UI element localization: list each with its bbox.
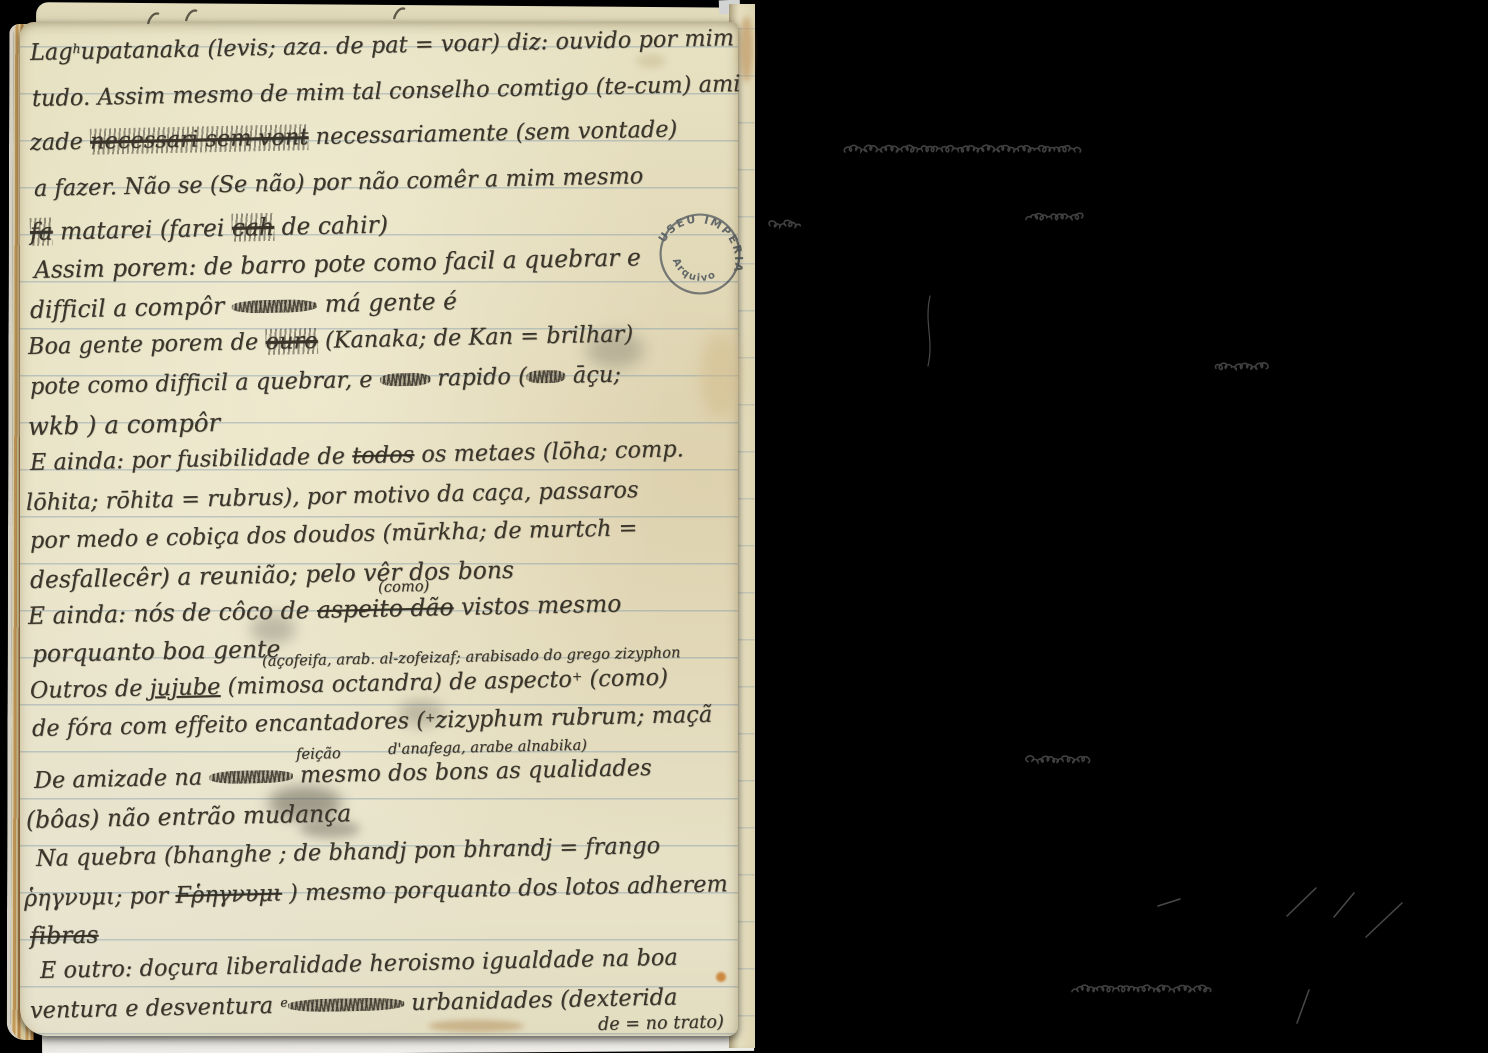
manuscript-line: (bôas) não entrão mudança: [26, 799, 352, 834]
handwritten-segment: ῥηγνυμι; por: [24, 883, 176, 912]
manuscript-line: De amizade na mesmo dos bons as qualidad…: [34, 755, 652, 794]
manuscript-line: por medo e cobiça dos doudos (mūrkha; de…: [30, 515, 638, 554]
manuscript-line: E ainda: por fusibilidade de todos os me…: [30, 436, 684, 476]
handwritten-segment: má gente é: [317, 287, 457, 318]
handwritten-segment: (mimosa octandra) de aspecto: [220, 667, 572, 700]
handwritten-segment: (como): [582, 665, 668, 693]
handwritten-segment: lōhita; rōhita = rubrus), por motivo da …: [26, 477, 639, 516]
handwritten-segment: aspeito dão: [317, 593, 454, 624]
handwritten-segment: Ϝῥηγνυμι: [175, 881, 282, 909]
handwritten-segment: zizyphum rubrum; maçã: [435, 702, 712, 734]
handwritten-segment: Lag: [30, 39, 73, 66]
handwritten-segment: āçu;: [565, 362, 621, 389]
handwritten-segment: tudo. Assim mesmo de mim tal conselho co…: [32, 71, 741, 112]
manuscript-line: wkb ) a compôr: [28, 408, 221, 441]
manuscript-line: feição: [296, 744, 341, 763]
manuscript-line: porquanto boa gente: [32, 635, 281, 668]
manuscript-line: lōhita; rōhita = rubrus), por motivo da …: [26, 477, 639, 516]
scanned-manuscript-photo: Laghupatanaka (levis; aza. de pat = voar…: [0, 0, 1488, 1053]
manuscript-line: Boa gente porem de ouro (Kanaka; de Kan …: [28, 321, 634, 360]
struck-out-scribble: [209, 770, 293, 785]
manuscript-line: ventura e desventura e urbanidades (dext…: [30, 984, 678, 1024]
handwritten-segment: necessariamente (sem vontade): [308, 116, 677, 150]
manuscript-line: Assim porem: de barro pote como facil a …: [34, 243, 642, 284]
stamp-bottom-text: Arquivo: [666, 254, 721, 291]
handwritten-segment: Boa gente porem de: [28, 329, 266, 360]
handwritten-segment: rapido (: [430, 364, 527, 392]
handwritten-segment: jujube: [149, 674, 220, 701]
manuscript-line: d'anafega, arabe alnabika): [388, 736, 587, 758]
handwritten-segment: E ainda: por fusibilidade de: [30, 443, 353, 476]
handwritten-segment: ) mesmo porquanto dos lotos adherem: [282, 871, 728, 906]
manuscript-line: E ainda: nós de côco de aspeito dão vist…: [28, 590, 622, 630]
handwritten-segment: +: [572, 668, 583, 683]
handwritten-segment: desfallecêr) a reunião; pelo vêr dos bon…: [30, 556, 515, 594]
handwritten-segment: mesmo dos bons as qualidades: [293, 755, 652, 789]
handwritten-segment: E outro: doçura liberalidade heroismo ig…: [40, 945, 678, 984]
struck-out-scribble: [232, 299, 318, 315]
handwritten-segment: cah: [232, 213, 275, 242]
handwritten-segment: Na quebra (bhanghe ; de bhandj pon bhran…: [36, 833, 661, 872]
handwritten-segment: e: [280, 994, 288, 1009]
handwritten-segment: De amizade na: [34, 764, 210, 794]
manuscript-line: de = no trato): [598, 1011, 724, 1035]
handwritten-segment: difficil a compôr: [30, 292, 232, 324]
manuscript-line: de fóra com effeito encantadores (+zizyp…: [32, 702, 713, 742]
handwritten-segment: ventura e desventura: [30, 993, 281, 1024]
handwritten-segment: urbanidades (dexterida: [404, 984, 678, 1016]
handwritten-segment: de cahir): [274, 211, 389, 241]
manuscript-line: E outro: doçura liberalidade heroismo ig…: [40, 945, 678, 984]
manuscript-line: tudo. Assim mesmo de mim tal conselho co…: [32, 71, 741, 112]
manuscript-line: ῥηγνυμι; por Ϝῥηγνυμι ) mesmo porquanto …: [24, 871, 728, 912]
manuscript-line: Na quebra (bhanghe ; de bhandj pon bhran…: [36, 833, 661, 872]
manuscript-line: fibras: [30, 921, 99, 950]
manuscript-line: a fazer. Não se (Se não) por não comêr a…: [34, 163, 644, 202]
manuscript-line: fa matarei (farei cah de cahir): [30, 211, 389, 246]
handwritten-segment: a fazer. Não se (Se não) por não comêr a…: [34, 163, 644, 202]
handwritten-segment: +: [425, 709, 436, 724]
manuscript-line: Outros de jujube (mimosa octandra) de as…: [30, 665, 669, 704]
handwritten-segment: Assim porem: de barro pote como facil a …: [34, 243, 642, 284]
handwritten-segment: de fóra com effeito encantadores (: [32, 708, 426, 742]
struck-out-scribble: [288, 997, 405, 1013]
handwritten-text-layer: Laghupatanaka (levis; aza. de pat = voar…: [0, 0, 1488, 1053]
handwritten-segment: Outros de: [30, 675, 150, 704]
handwritten-segment: ouro: [265, 328, 318, 355]
handwritten-segment: upatanaka (levis; aza. de pat = voar) di…: [80, 25, 734, 65]
handwritten-segment: feição: [296, 744, 341, 763]
manuscript-line: zade necessari sem vont necessariamente …: [30, 116, 678, 156]
handwritten-segment: (bôas) não entrão mudança: [26, 799, 352, 834]
handwritten-segment: matarei (farei: [52, 214, 232, 246]
handwritten-segment: zade: [30, 129, 91, 156]
handwritten-segment: vistos mesmo: [453, 590, 621, 622]
handwritten-segment: porquanto boa gente: [32, 635, 281, 668]
handwritten-segment: necessari sem vont: [90, 124, 309, 155]
handwritten-segment: de = no trato): [598, 1011, 724, 1035]
manuscript-line: Laghupatanaka (levis; aza. de pat = voar…: [30, 25, 735, 66]
manuscript-line: desfallecêr) a reunião; pelo vêr dos bon…: [30, 556, 515, 594]
manuscript-line: difficil a compôr má gente é: [30, 287, 458, 324]
handwritten-segment: wkb ) a compôr: [28, 408, 221, 441]
handwritten-segment: d'anafega, arabe alnabika): [388, 736, 587, 758]
handwritten-segment: por medo e cobiça dos doudos (mūrkha; de…: [30, 515, 638, 554]
struck-out-scribble: [380, 373, 431, 387]
struck-out-scribble: [527, 370, 566, 384]
handwritten-segment: fibras: [30, 921, 99, 950]
handwritten-segment: os metaes (lōha; comp.: [414, 436, 684, 468]
handwritten-segment: h: [72, 41, 80, 56]
handwritten-segment: todos: [352, 442, 415, 469]
handwritten-segment: E ainda: nós de côco de: [28, 596, 318, 630]
handwritten-segment: (Kanaka; de Kan = brilhar): [317, 321, 633, 354]
handwritten-segment: fa: [30, 218, 53, 246]
manuscript-line: pote como difficil a quebrar, e rapido (…: [30, 362, 622, 400]
handwritten-segment: pote como difficil a quebrar, e: [30, 367, 380, 400]
